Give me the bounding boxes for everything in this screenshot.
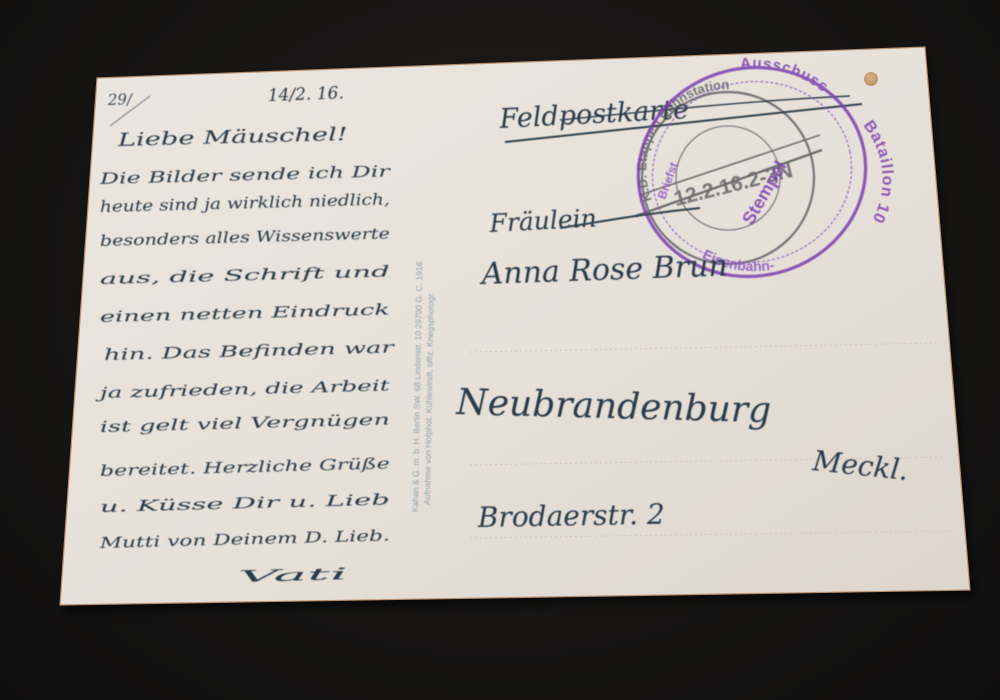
corner-note: 29/ bbox=[107, 90, 135, 109]
address-city: Neubrandenburg bbox=[455, 382, 772, 431]
message-date: 14/2. 16. bbox=[267, 83, 344, 106]
message-line: Vati bbox=[238, 564, 348, 586]
rust-stain bbox=[864, 72, 878, 86]
address-salutation: Fräulein bbox=[488, 203, 598, 238]
address-street: Brodaerstr. 2 bbox=[477, 498, 665, 534]
postcard-photo: Kahan & G. m. b. H. Berlin SW. 68 Linden… bbox=[0, 0, 1000, 700]
